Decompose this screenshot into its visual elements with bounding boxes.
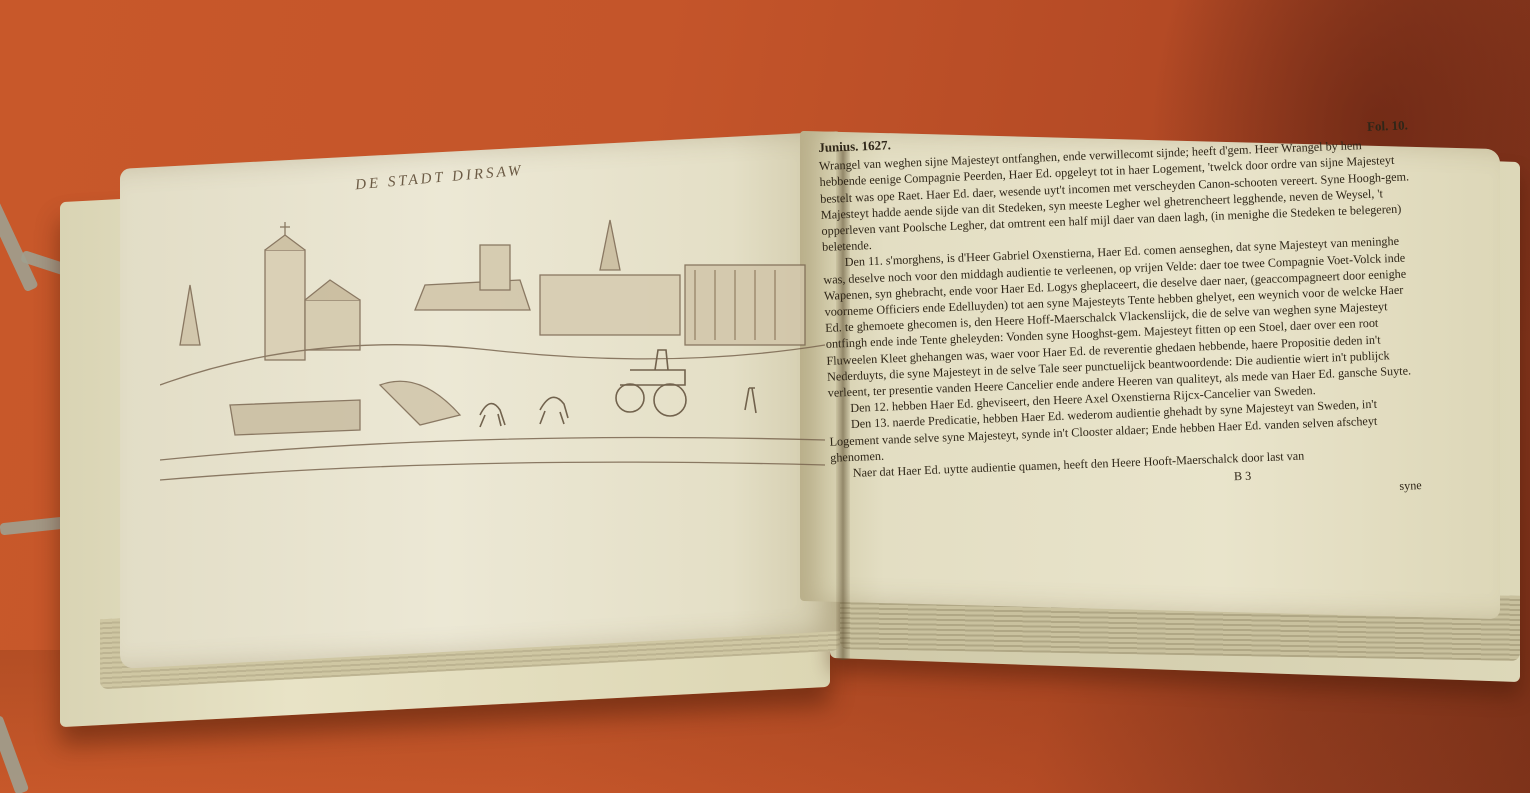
folio-number: Fol. 10. xyxy=(1367,117,1408,135)
tie-string-left-upper xyxy=(0,178,39,293)
town-drawing xyxy=(160,200,825,490)
tie-string-left-lower xyxy=(0,517,65,536)
printed-text: Junius. 1627. Fol. 10. Wrangel van weghe… xyxy=(818,117,1422,516)
running-head-date: Junius. 1627. xyxy=(818,137,891,156)
paragraph: Den 11. s'morghens, is d'Heer Gabriel Ox… xyxy=(822,233,1417,401)
